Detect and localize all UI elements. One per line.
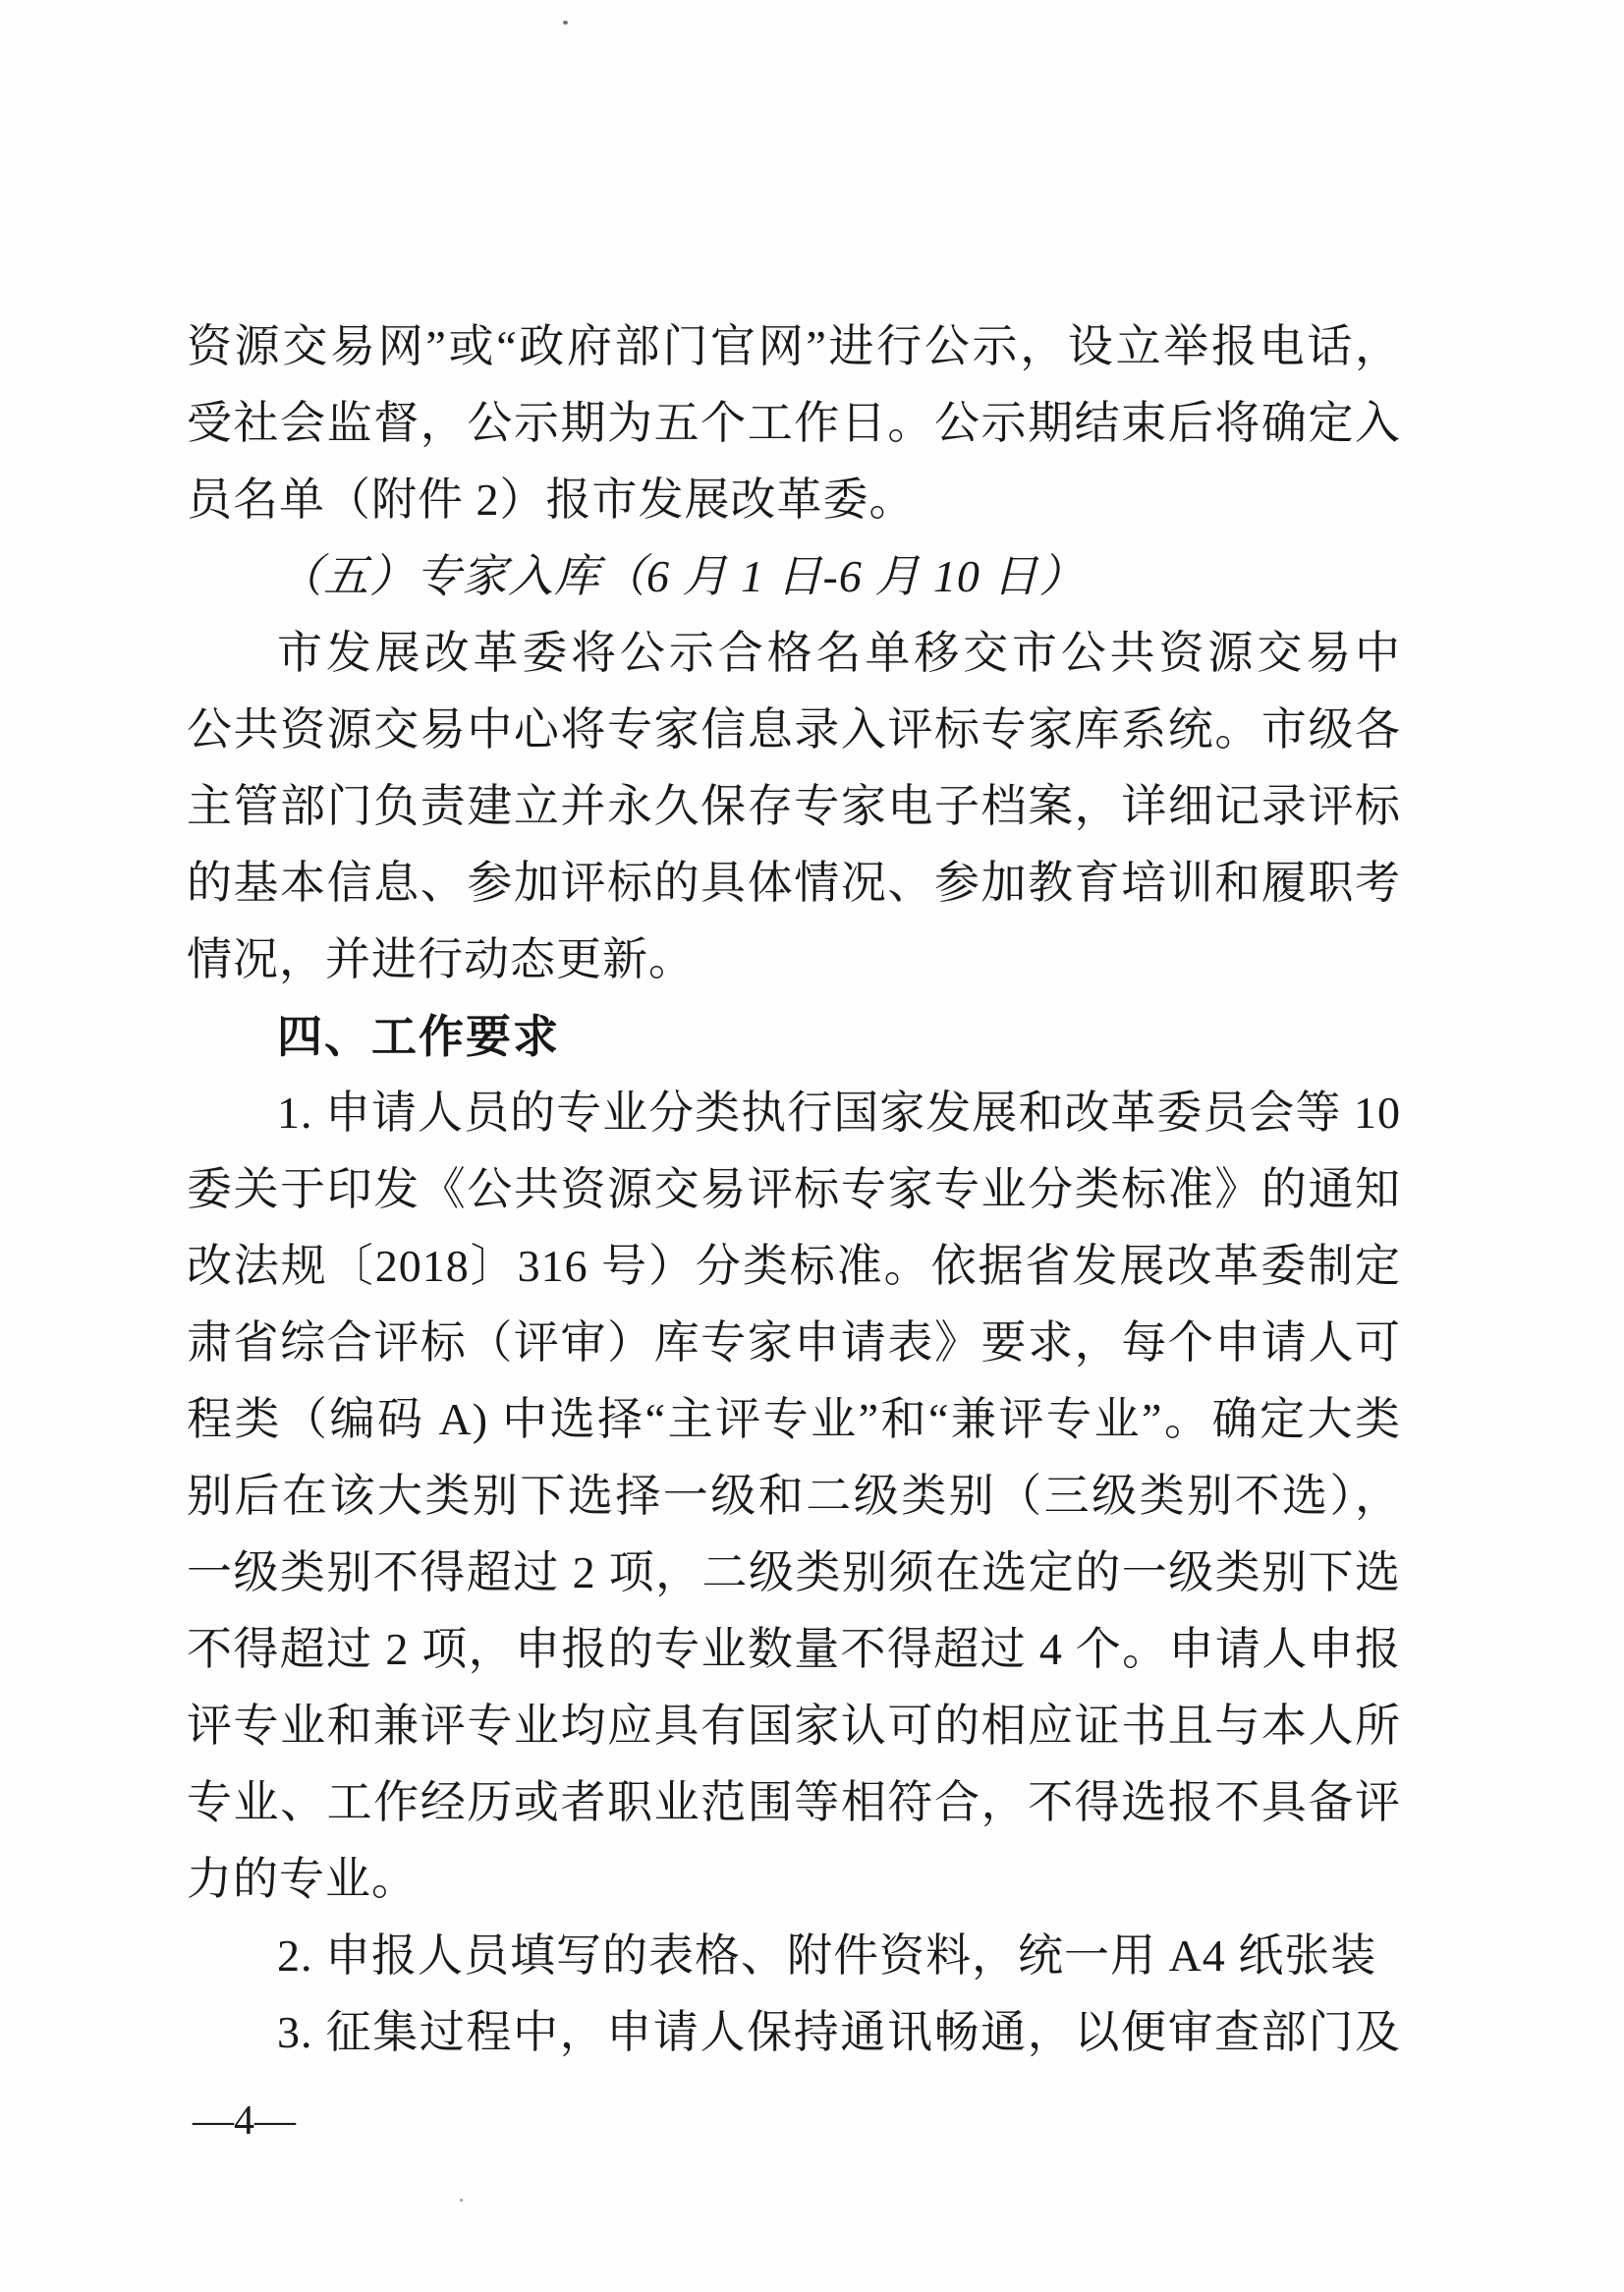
paragraph-line: 的基本信息、参加评标的具体情况、参加教育培训和履职考核的: [187, 845, 1401, 922]
paragraph-line: 肃省综合评标（评审）库专家申请表》要求，每个申请人可在工: [187, 1305, 1401, 1381]
paragraph-line: 程类（编码 A) 中选择“主评专业”和“兼评专业”。确定大类: [187, 1381, 1401, 1458]
paragraph-line: 受社会监督，公示期为五个工作日。公示期结束后将确定入库人: [187, 385, 1401, 462]
section-heading: 四、工作要求: [187, 998, 1401, 1075]
paragraph-line: 一级类别不得超过 2 项，二级类别须在选定的一级类别下选择，: [187, 1535, 1401, 1611]
paragraph-line: 员名单（附件 2）报市发展改革委。: [187, 462, 1401, 538]
paragraph-line: 改法规〔2018〕316 号）分类标准。依据省发展改革委制定的《甘: [187, 1228, 1401, 1305]
paragraph-line: 2. 申报人员填写的表格、附件资料，统一用 A4 纸张装订。: [187, 1918, 1401, 1994]
paragraph-line: 评专业和兼评专业均应具有国家认可的相应证书且与本人所学: [187, 1688, 1401, 1764]
scan-speck: [460, 2199, 463, 2202]
paragraph-line: 专业、工作经历或者职业范围等相符合，不得选报不具备评标能: [187, 1764, 1401, 1841]
paragraph-line: 主管部门负责建立并永久保存专家电子档案，详细记录评标专家: [187, 768, 1401, 845]
paragraph-line: 力的专业。: [187, 1841, 1401, 1918]
page-number: —4—: [193, 2098, 296, 2144]
paragraph-line: 不得超过 2 项，申报的专业数量不得超过 4 个。申请人申报的主: [187, 1611, 1401, 1688]
paragraph-line: 市发展改革委将公示合格名单移交市公共资源交易中心，市: [187, 615, 1401, 692]
scan-speck: [563, 21, 568, 25]
paragraph-line: 别后在该大类别下选择一级和二级类别（三级类别不选），其中: [187, 1458, 1401, 1535]
paragraph-line: 情况，并进行动态更新。: [187, 922, 1401, 998]
paragraph-line: 公共资源交易中心将专家信息录入评标专家库系统。市级各行业: [187, 692, 1401, 768]
scanned-document-page: 资源交易网”或“政府部门官网”进行公示，设立举报电话，接 受社会监督，公示期为五…: [0, 0, 1624, 2292]
subsection-heading: （五）专家入库（6 月 1 日-6 月 10 日）: [187, 538, 1401, 615]
paragraph-line: 委关于印发《公共资源交易评标专家专业分类标准》的通知（发: [187, 1151, 1401, 1228]
paragraph-line: 资源交易网”或“政府部门官网”进行公示，设立举报电话，接: [187, 308, 1401, 385]
document-body: 资源交易网”或“政府部门官网”进行公示，设立举报电话，接 受社会监督，公示期为五…: [187, 308, 1401, 2071]
paragraph-line: 3. 征集过程中，申请人保持通讯畅通，以便审查部门及时联: [187, 1994, 1401, 2071]
paragraph-line: 1. 申请人员的专业分类执行国家发展和改革委员会等 10 部: [187, 1075, 1401, 1151]
